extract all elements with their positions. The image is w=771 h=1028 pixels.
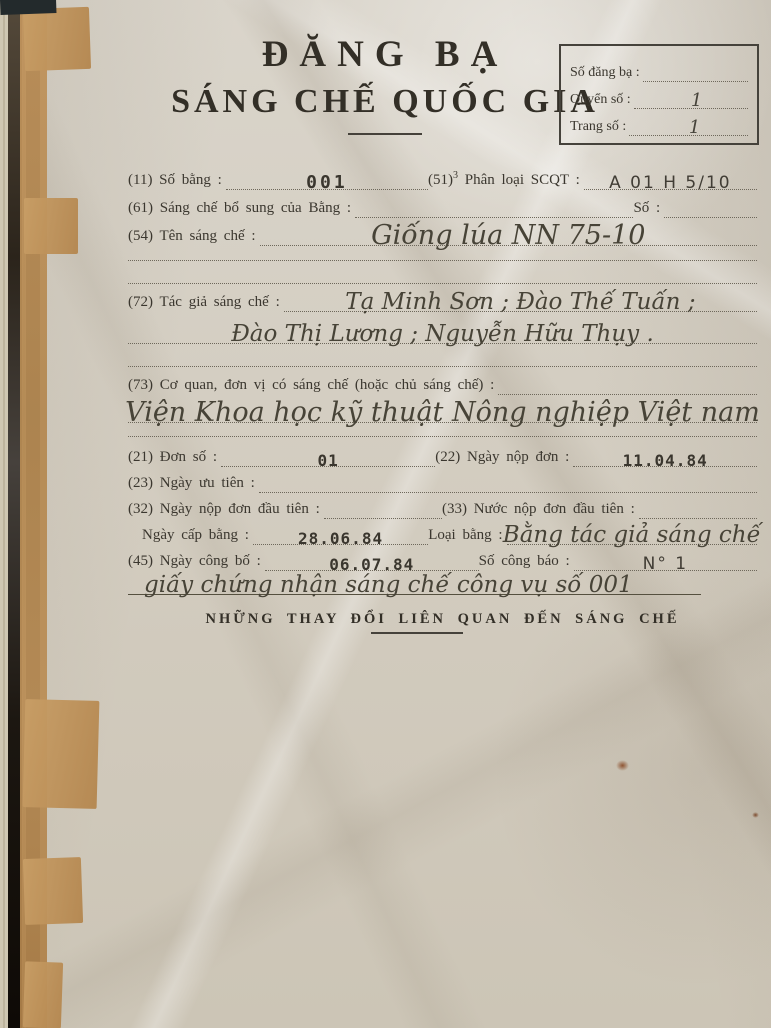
binding-tape-tab: [23, 699, 100, 809]
ipc-class-line: A 01 H 5/10: [584, 185, 757, 190]
invention-title-value: Giống lúa NN 75-10: [371, 220, 645, 251]
gazette-number-value: N° 1: [643, 554, 688, 574]
first-filing-date-line: [324, 514, 442, 519]
field-row-73: (73) Cơ quan, đơn vị có sáng chế (hoặc c…: [128, 367, 757, 395]
field-row-45: (45) Ngày công bố : 06.07.84 Số công báo…: [128, 545, 757, 571]
priority-date-line: [259, 488, 757, 493]
page-number-row: Trang số : 1: [570, 109, 748, 136]
priority-date-label: (23) Ngày ưu tiên :: [128, 476, 259, 493]
field-row-72: (72) Tác giả sáng chế : Tạ Minh Sơn ; Đà…: [128, 284, 757, 312]
inventors-line-1: Tạ Minh Sơn ; Đào Thế Tuấn ;: [284, 307, 757, 312]
book-cover-corner: [0, 0, 56, 15]
register-book-photo: ĐĂNG BẠ SÁNG CHẾ QUỐC GIA Số đăng bạ : Q…: [0, 0, 771, 1028]
publication-date-line: 06.07.84: [265, 566, 479, 571]
inventors-value-1: Tạ Minh Sơn ; Đào Thế Tuấn ;: [345, 289, 695, 315]
ipc-class-value: A 01 H 5/10: [609, 173, 731, 193]
page-number-box: Số đăng bạ : Quyển số : 1 Trang số : 1: [559, 44, 759, 145]
invention-title-line: Giống lúa NN 75-10: [260, 241, 757, 246]
supplementary-patent-line: [355, 213, 633, 218]
application-number-value: 01: [318, 451, 339, 470]
volume-number-label: Quyển số :: [570, 92, 634, 109]
page-number-line: 1: [629, 131, 748, 136]
changes-section-heading: NHỮNG THAY ĐỔI LIÊN QUAN ĐẾN SÁNG CHẾ: [128, 610, 757, 634]
register-page: ĐĂNG BẠ SÁNG CHẾ QUỐC GIA Số đăng bạ : Q…: [40, 0, 771, 1028]
assignee-value: Viện Khoa học kỹ thuật Nông nghiệp Việt …: [125, 397, 760, 428]
field-row-21-22: (21) Đơn số : 01 (22) Ngày nộp đơn : 11.…: [128, 437, 757, 467]
field-row-73b: Viện Khoa học kỹ thuật Nông nghiệp Việt …: [128, 395, 757, 423]
title-line-1: ĐĂNG BẠ: [140, 36, 630, 73]
paper-stain: [616, 760, 629, 771]
volume-number-line: 1: [634, 104, 748, 109]
first-filing-country-label: (33) Nước nộp đơn đầu tiên :: [442, 502, 639, 519]
inventors-label: (72) Tác giả sáng chế :: [128, 295, 284, 312]
supplementary-patent-label: (61) Sáng chế bổ sung của Bằng :: [128, 201, 355, 218]
page-number-label: Trang số :: [570, 119, 629, 136]
paper-stain: [752, 812, 759, 818]
field-row-23: (23) Ngày ưu tiên :: [128, 467, 757, 493]
field-row-32-33: (32) Ngày nộp đơn đầu tiên : (33) Nước n…: [128, 493, 757, 519]
certificate-note-line: giấy chứng nhận sáng chế công vụ số 001: [128, 590, 701, 595]
blank-line: [128, 344, 757, 367]
gazette-number-label: Số công báo :: [479, 554, 574, 571]
first-filing-date-label: (32) Ngày nộp đơn đầu tiên :: [128, 502, 324, 519]
first-filing-country-line: [639, 514, 757, 519]
publication-date-label: (45) Ngày công bố :: [128, 554, 265, 571]
changes-heading-rule: [371, 632, 463, 634]
invention-title-label: (54) Tên sáng chế :: [128, 229, 260, 246]
field-row-72b: Đào Thị Lương ; Nguyễn Hữu Thụy .: [128, 312, 757, 344]
blank-line: [128, 261, 757, 284]
supplementary-number-label: Số :: [633, 201, 664, 218]
title-line-2: SÁNG CHẾ QUỐC GIA: [140, 85, 630, 119]
filing-date-value: 11.04.84: [623, 451, 708, 470]
patent-number-label: (11) Số bằng :: [128, 173, 226, 190]
page-number-value: 1: [689, 117, 700, 138]
binding-tape-tab: [23, 961, 63, 1028]
gazette-number-line: N° 1: [574, 566, 757, 571]
patent-number-value: 001: [306, 172, 348, 193]
volume-number-value: 1: [691, 90, 702, 111]
field-row-61: (61) Sáng chế bổ sung của Bằng : Số :: [128, 190, 757, 218]
field-row-54: (54) Tên sáng chế : Giống lúa NN 75-10: [128, 218, 757, 246]
register-number-line: [643, 77, 748, 82]
patent-number-line: 001: [226, 185, 428, 190]
title-rule: [348, 133, 422, 135]
filing-date-label: (22) Ngày nộp đơn :: [435, 450, 573, 467]
binding-tape-tab: [23, 7, 91, 71]
volume-number-row: Quyển số : 1: [570, 82, 748, 109]
filing-date-line: 11.04.84: [573, 462, 757, 467]
patent-type-value: Bằng tác giả sáng chế: [503, 522, 761, 548]
page-title: ĐĂNG BẠ SÁNG CHẾ QUỐC GIA: [140, 36, 630, 135]
grant-date-value: 28.06.84: [298, 529, 383, 548]
grant-date-line: 28.06.84: [253, 540, 428, 545]
register-number-row: Số đăng bạ :: [570, 55, 748, 82]
inventors-line-2: Đào Thị Lương ; Nguyễn Hữu Thụy .: [128, 339, 757, 344]
assignee-label: (73) Cơ quan, đơn vị có sáng chế (hoặc c…: [128, 378, 498, 395]
patent-type-label: Loại bằng :: [428, 528, 506, 545]
grant-date-label: Ngày cấp bằng :: [128, 528, 253, 545]
register-number-label: Số đăng bạ :: [570, 65, 643, 82]
binding-tape-tab: [24, 198, 78, 254]
application-number-label: (21) Đơn số :: [128, 450, 221, 467]
assignee-line-2: Viện Khoa học kỹ thuật Nông nghiệp Việt …: [128, 418, 757, 423]
application-number-line: 01: [221, 462, 435, 467]
changes-heading-text: NHỮNG THAY ĐỔI LIÊN QUAN ĐẾN SÁNG CHẾ: [205, 611, 679, 627]
certificate-note-value: giấy chứng nhận sáng chế công vụ số 001: [144, 572, 633, 598]
field-row-11-51: (11) Số bằng : 001 (51)3 Phân loại SCQT …: [128, 168, 757, 190]
assignee-line-1: [498, 390, 757, 395]
binding-tape-tab: [23, 857, 83, 925]
certificate-note-row: giấy chứng nhận sáng chế công vụ số 001: [128, 571, 757, 595]
inventors-value-2: Đào Thị Lương ; Nguyễn Hữu Thụy .: [231, 321, 654, 347]
patent-type-line: Bằng tác giả sáng chế: [507, 540, 757, 545]
supplementary-number-line: [664, 213, 757, 218]
ipc-class-label: (51)3 Phân loại SCQT :: [428, 171, 584, 190]
patent-form: (11) Số bằng : 001 (51)3 Phân loại SCQT …: [128, 168, 757, 634]
field-row-grant-date: Ngày cấp bằng : 28.06.84 Loại bằng : Bằn…: [128, 519, 757, 545]
